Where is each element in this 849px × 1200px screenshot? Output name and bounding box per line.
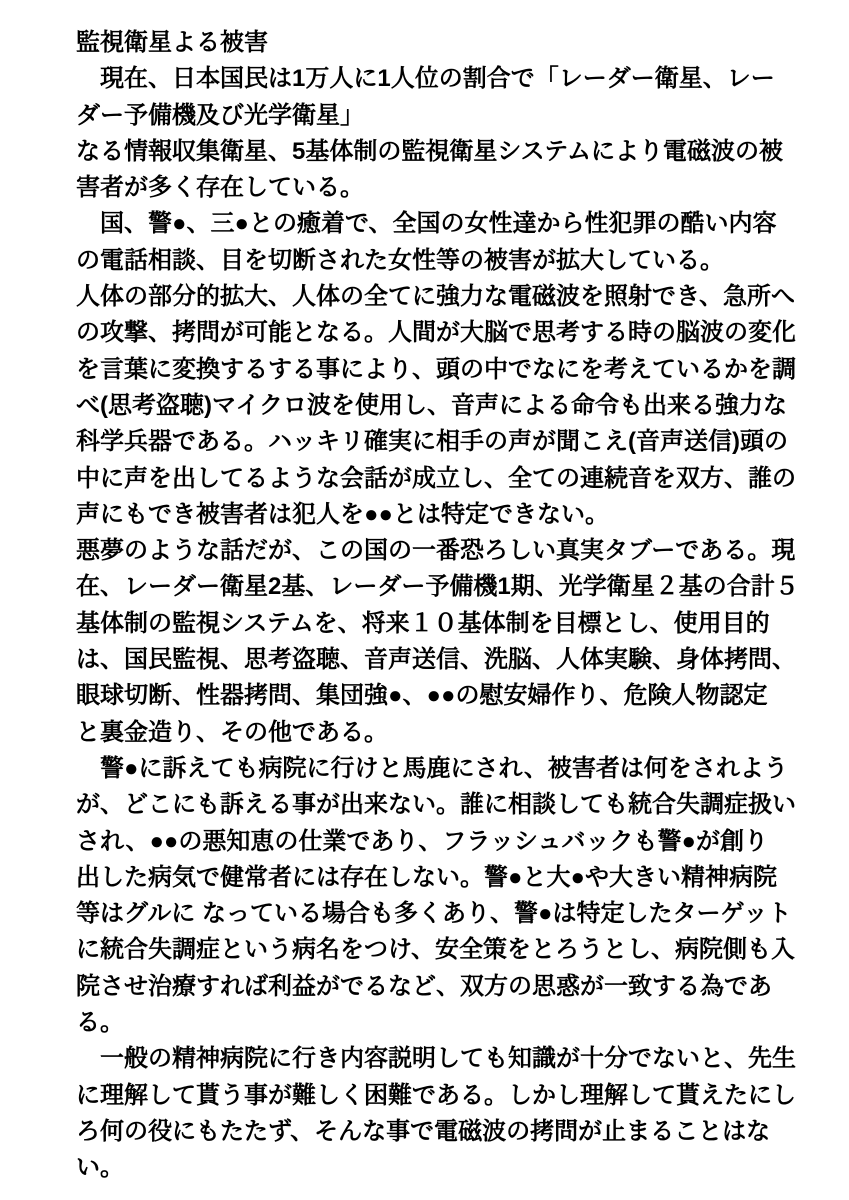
- text-line: の攻撃、拷問が可能となる。人間が大脳で思考する時の脳波の変化: [76, 315, 809, 351]
- text-line: は、国民監視、思考盗聴、音声送信、洗脳、人体実験、身体拷問、: [76, 642, 809, 678]
- text-line: 出した病気で健常者には存在しない。警●と大●や大きい精神病院: [76, 860, 809, 896]
- text-line: 人体の部分的拡大、人体の全てに強力な電磁波を照射でき、急所へ: [76, 279, 809, 315]
- text-line: 院させ治療すれば利益がでるなど、双方の思惑が一致する為であ: [76, 969, 809, 1005]
- text-line: 害者が多く存在している。: [76, 170, 809, 206]
- text-line: べ(思考盗聴)マイクロ波を使用し、音声による命令も出来る強力な: [76, 388, 809, 424]
- text-line: なる情報収集衛星、5基体制の監視衛星システムにより電磁波の被: [76, 134, 809, 170]
- text-line: 警●に訴えても病院に行けと馬鹿にされ、被害者は何をされよう: [76, 751, 809, 787]
- text-line: ダー予備機及び光学衛星」: [76, 98, 809, 134]
- text-line: が、どこにも訴える事が出来ない。誰に相談しても統合失調症扱い: [76, 787, 809, 823]
- text-line: ろ何の役にもたたず、そんな事で電磁波の拷問が止まることはな: [76, 1114, 809, 1150]
- document-page: 監視衛星よる被害 現在、日本国民は1万人に1人位の割合で「レーダー衛星、レーダー…: [0, 0, 849, 1200]
- text-line: 中に声を出してるような会話が成立し、全ての連続音を双方、誰の: [76, 461, 809, 497]
- document-title: 監視衛星よる被害: [76, 25, 809, 61]
- text-line: る。: [76, 1005, 809, 1041]
- text-line: 声にもでき被害者は犯人を●●とは特定できない。: [76, 497, 809, 533]
- text-line: 国、警●、三●との癒着で、全国の女性達から性犯罪の酷い内容: [76, 206, 809, 242]
- text-line: 一般の精神病院に行き内容説明しても知識が十分でないと、先生: [76, 1041, 809, 1077]
- document-body: 監視衛星よる被害 現在、日本国民は1万人に1人位の割合で「レーダー衛星、レーダー…: [76, 25, 809, 1187]
- text-line: 眼球切断、性器拷問、集団強●、●●の慰安婦作り、危険人物認定: [76, 678, 809, 714]
- text-line: に統合失調症という病名をつけ、安全策をとろうとし、病院側も入: [76, 932, 809, 968]
- text-line: を言葉に変換するする事により、頭の中でなにを考えているかを調: [76, 352, 809, 388]
- text-line: 基体制の監視システムを、将来１０基体制を目標とし、使用目的: [76, 606, 809, 642]
- text-line: と裏金造り、その他である。: [76, 715, 809, 751]
- text-line: に理解して貰う事が難しく困難である。しかし理解して貰えたにし: [76, 1078, 809, 1114]
- text-line: 在、レーダー衛星2基、レーダー予備機1期、光学衛星２基の合計５: [76, 569, 809, 605]
- text-line: 科学兵器である。ハッキリ確実に相手の声が聞こえ(音声送信)頭の: [76, 424, 809, 460]
- text-line: 悪夢のような話だが、この国の一番恐ろしい真実タブーである。現: [76, 533, 809, 569]
- text-line: 等はグルに なっている場合も多くあり、警●は特定したターゲット: [76, 896, 809, 932]
- text-line: の電話相談、目を切断された女性等の被害が拡大している。: [76, 243, 809, 279]
- text-line: され、●●の悪知恵の仕業であり、フラッシュバックも警●が創り: [76, 824, 809, 860]
- text-line: 現在、日本国民は1万人に1人位の割合で「レーダー衛星、レー: [76, 61, 809, 97]
- text-line: い。: [76, 1150, 809, 1186]
